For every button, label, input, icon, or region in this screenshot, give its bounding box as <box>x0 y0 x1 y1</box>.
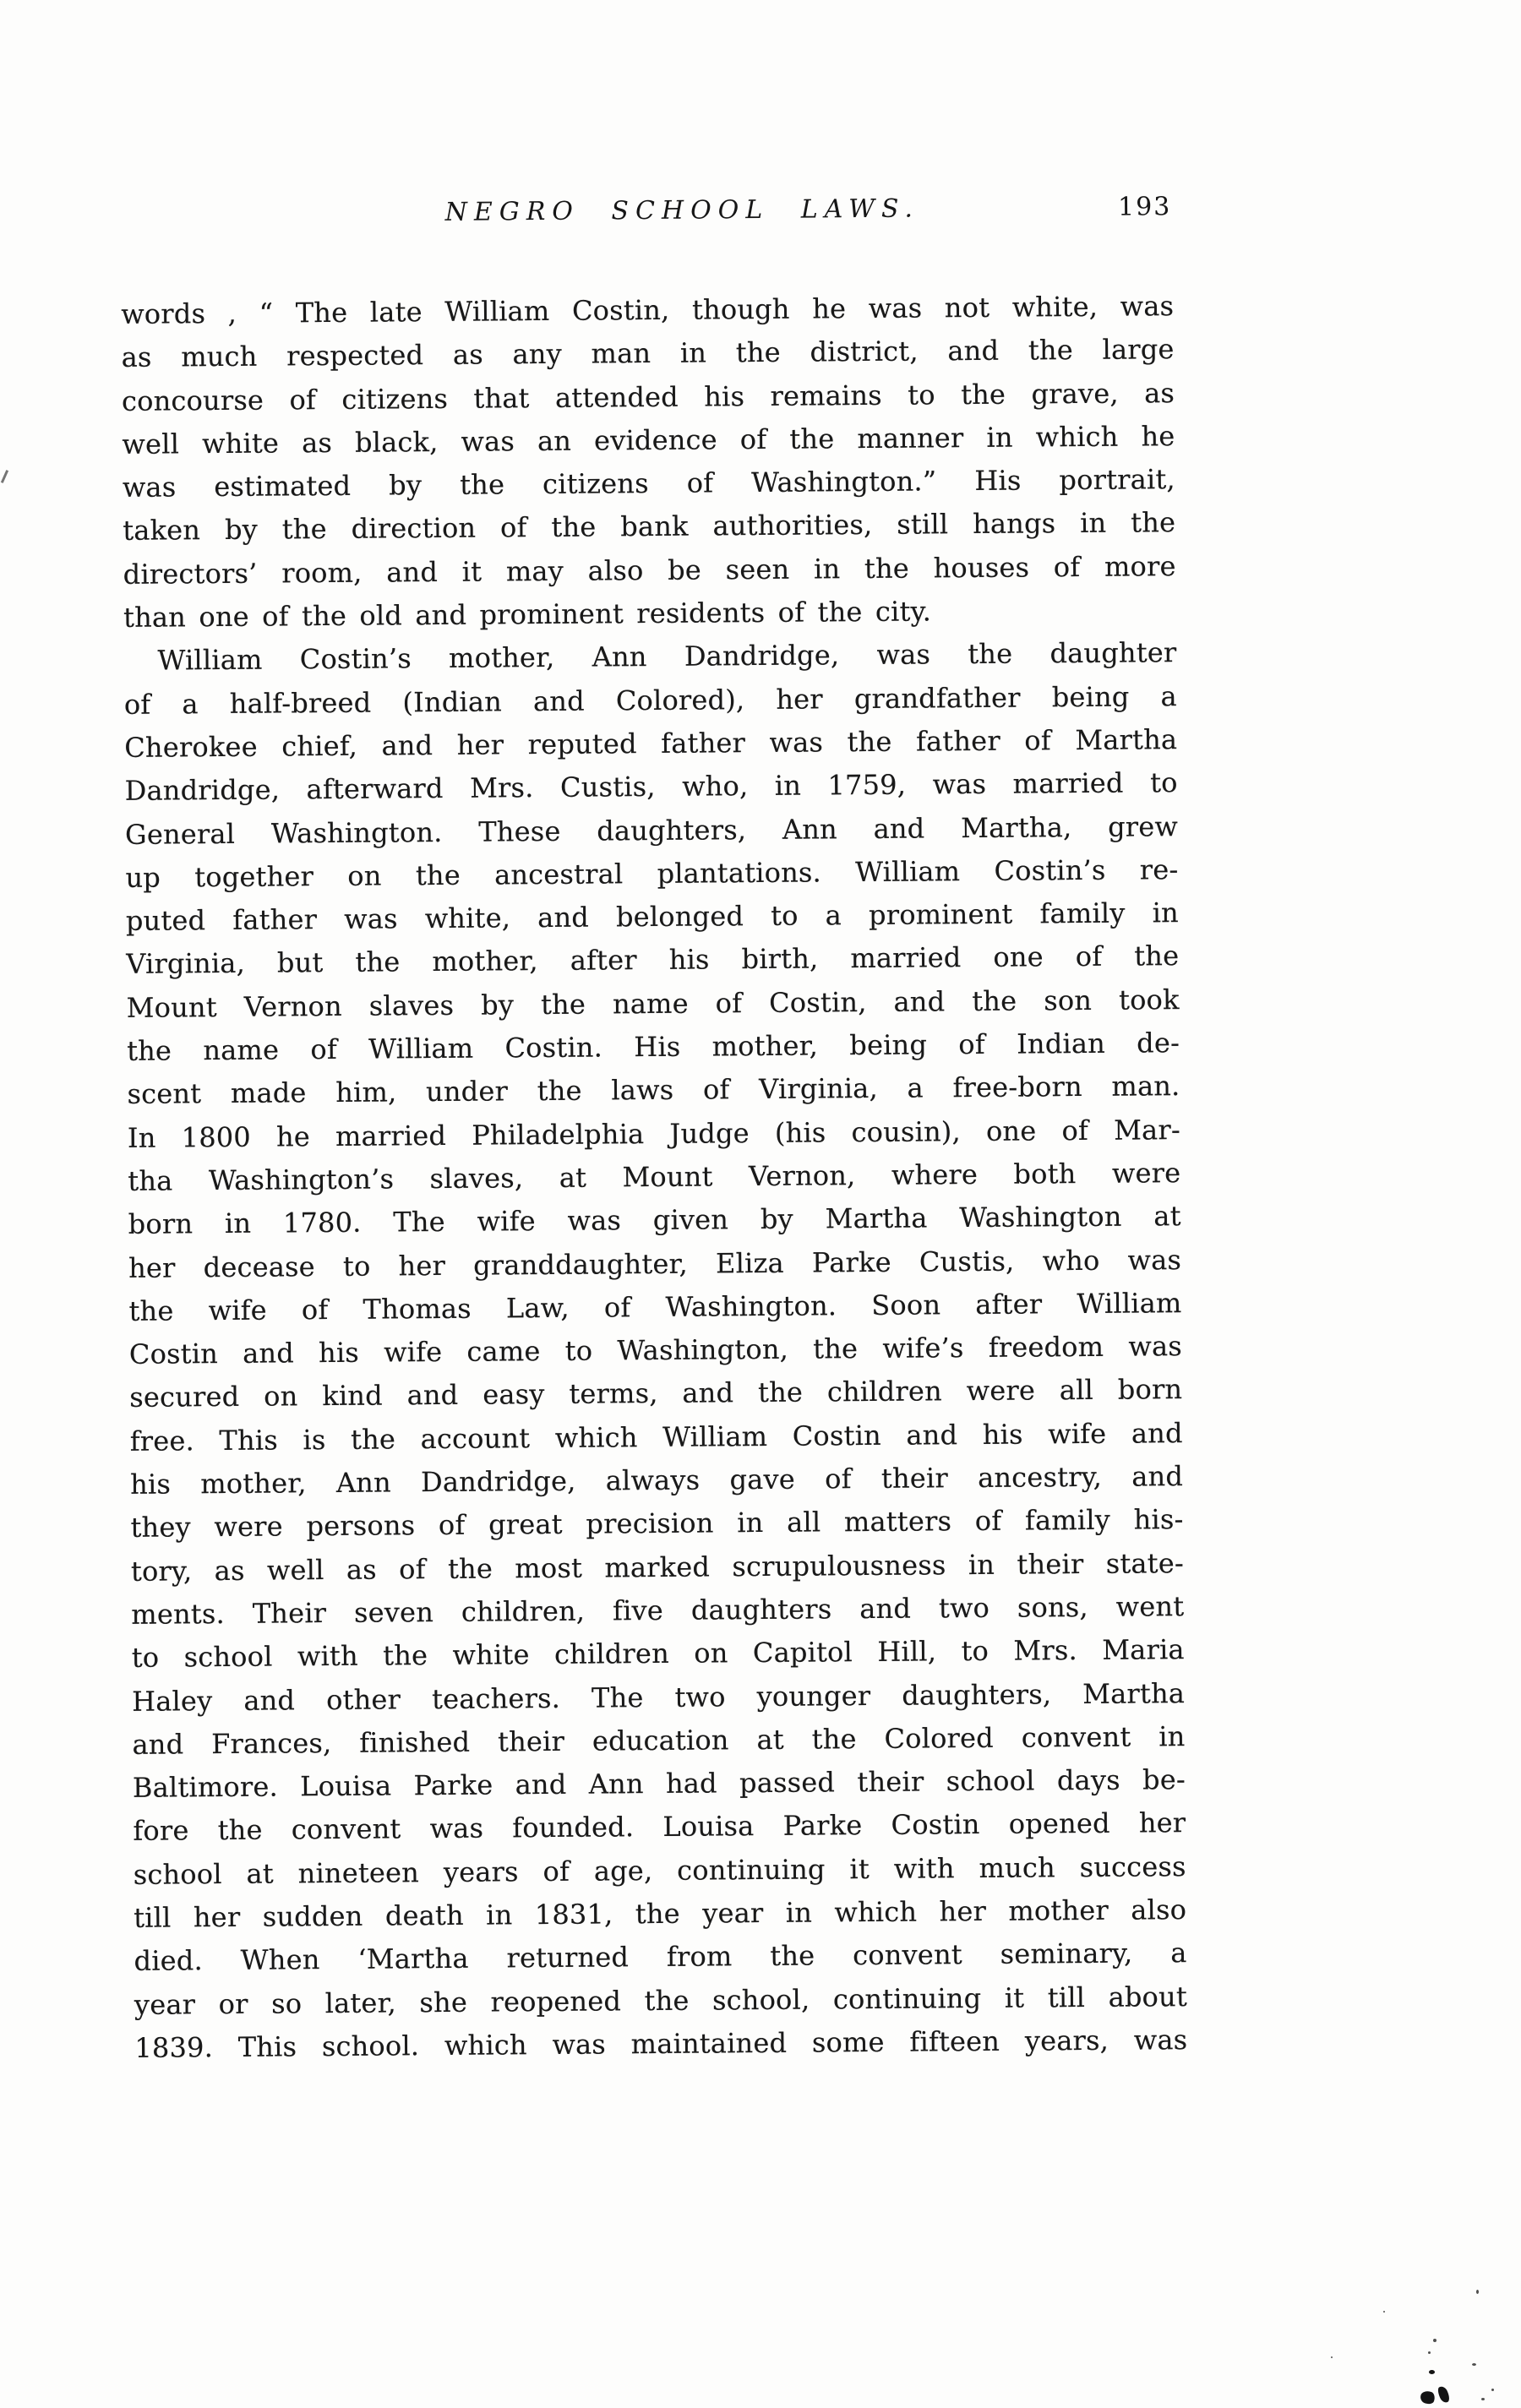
ink-speck <box>1383 2311 1385 2313</box>
running-title: NEGRO SCHOOL LAWS. <box>155 192 1208 230</box>
text-line: as much respected as any man in the dist… <box>121 328 1174 379</box>
text-line: Dandridge, afterward Mrs. Custis, who, i… <box>124 761 1177 813</box>
text-line: William Costin’s mother, Ann Dandridge, … <box>123 631 1176 683</box>
text-line: to school with the white children on Cap… <box>132 1628 1185 1680</box>
text-line: Virginia, but the mother, after his birt… <box>126 935 1179 987</box>
text-line: secured on kind and easy terms, and the … <box>129 1369 1182 1420</box>
ink-speck <box>1476 2290 1479 2294</box>
ink-speck <box>1472 2363 1476 2366</box>
edge-mark <box>1 470 8 483</box>
ink-speck <box>1436 2385 1451 2405</box>
text-block: words , “ The late William Costin, thoug… <box>121 285 1187 2070</box>
book-page: NEGRO SCHOOL LAWS. 193 words , “ The lat… <box>0 0 1521 2408</box>
text-line: taken by the direction of the bank autho… <box>123 502 1175 553</box>
paragraph: William Costin’s mother, Ann Dandridge, … <box>123 631 1187 2070</box>
ink-speck <box>1419 2389 1436 2406</box>
text-line: scent made him, under the laws of Virgin… <box>127 1065 1180 1116</box>
text-line: Haley and other teachers. The two younge… <box>132 1672 1185 1724</box>
text-line: fore the convent was founded. Louisa Par… <box>133 1801 1186 1853</box>
ink-speck <box>1331 2356 1333 2358</box>
text-line: they were persons of great precision in … <box>130 1498 1183 1550</box>
ink-speck <box>1491 2389 1494 2391</box>
text-line: directors’ room, and it may also be seen… <box>123 545 1175 597</box>
page-content: NEGRO SCHOOL LAWS. 193 words , “ The lat… <box>120 192 1187 2070</box>
ink-speck <box>1428 2351 1431 2354</box>
text-line: born in 1780. The wife was given by Mart… <box>128 1195 1181 1246</box>
text-line: 1839. This school. which was maintained … <box>134 2018 1187 2070</box>
page-number: 193 <box>1118 192 1172 221</box>
page-header: NEGRO SCHOOL LAWS. 193 <box>120 192 1174 259</box>
ink-speck <box>1481 2398 1485 2400</box>
ink-speck <box>1429 2370 1435 2374</box>
ink-speck <box>1433 2339 1436 2342</box>
text-line: died. When ‘Martha returned from the con… <box>134 1931 1186 1983</box>
paragraph: words , “ The late William Costin, thoug… <box>121 285 1176 640</box>
